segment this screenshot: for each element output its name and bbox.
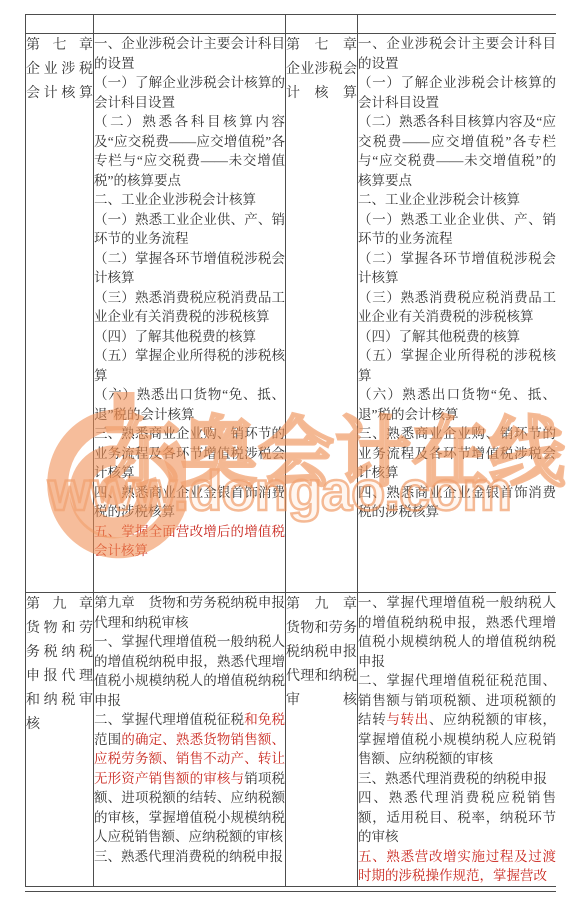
paragraph: （四）了解其他税费的核算 [358,327,556,347]
header-cell-blank [26,15,94,34]
paragraph: 货物和劳务税纳税申报代理和纳税审核 [26,617,93,737]
paragraph: 三、熟悉代理消费税的纳税申报 [94,847,285,867]
paragraph: （五）掌握企业所得税的涉税核算 [94,346,285,385]
paragraph: 三、熟悉商业企业购、销环节的业务流程及各环节增值税涉税会计核算 [94,424,285,483]
paragraph: 企业涉税会计核算 [26,58,93,106]
content-cell-right: 一、企业涉税会计主要会计科目的设置（一）了解企业涉税会计核算的会计科目设置（二）… [358,34,557,593]
paragraph: （六）熟悉出口货物“免、抵、退”税的会计核算 [94,385,285,424]
paragraph: （一）了解企业涉税会计核算的会计科目设置 [358,73,556,112]
paragraph: 三、熟悉商业企业购、销环节的业务流程及各环节增值税涉税会计核算 [358,424,556,483]
paragraph: （三）熟悉消费税应税消费品工业企业有关消费税的涉税核算 [358,288,556,327]
changed-text: 五、掌握全面营改增后的增值税会计核算 [94,524,285,559]
paragraph: 货物和劳务税纳税申报代理和纳税审核 [286,617,357,713]
paragraph: 第七章 [286,34,357,58]
paragraph: 二、掌握代理增值税征税和免税范围的确定、熟悉货物销售额、应税劳务额、销售不动产、… [94,710,285,847]
paragraph: 二、工业企业涉税会计核算 [94,190,285,210]
paragraph: 五、掌握全面营改增后的增值税会计核算 [94,522,285,561]
header-cell-blank [94,15,286,34]
header-cell-blank [358,15,557,34]
paragraph: 第七章 [26,34,93,58]
content-cell-right: 一、掌握代理增值税一般纳税人的增值税纳税申报，熟悉代理增值税小规模纳税人的增值税… [358,593,557,887]
chapter-cell-right: 第七章企业涉税会计核算 [286,34,358,593]
paragraph: 三、熟悉代理消费税的纳税申报 [358,769,556,789]
document-page: 第七章企业涉税会计核算 一、企业涉税会计主要会计科目的设置（一）了解企业涉税会计… [0,0,567,900]
paragraph: （六）熟悉出口货物“免、抵、退”税的会计核算 [358,385,556,424]
paragraph: 四、熟悉商业企业金银首饰消费税的涉税核算 [358,483,556,522]
chapter-cell-right: 第九章货物和劳务税纳税申报代理和纳税审核 [286,593,358,887]
paragraph: （三）熟悉消费税应税消费品工业企业有关消费税的涉税核算 [94,288,285,327]
changed-text: 和免税 [244,712,285,727]
header-row [26,15,557,34]
paragraph: 企业涉税会计核算 [286,58,357,106]
paragraph: 第九章 [286,593,357,617]
changed-text: 五、熟悉营改增实施过程及过渡时期的涉税操作规范，掌握营改 [358,849,556,884]
chapter-cell-left: 第九章货物和劳务税纳税申报代理和纳税审核 [26,593,94,887]
content-cell-left: 第九章 货物和劳务税纳税申报代理和纳税审核一、掌握代理增值税一般纳税人的增值税纳… [94,593,286,887]
syllabus-table: 第七章企业涉税会计核算 一、企业涉税会计主要会计科目的设置（一）了解企业涉税会计… [25,14,556,887]
syllabus-comparison-table: 第七章企业涉税会计核算 一、企业涉税会计主要会计科目的设置（一）了解企业涉税会计… [25,14,556,892]
paragraph: 一、掌握代理增值税一般纳税人的增值税纳税申报，熟悉代理增值税小规模纳税人的增值税… [358,593,556,671]
paragraph: （四）了解其他税费的核算 [94,327,285,347]
paragraph: （二）掌握各环节增值税涉税会计核算 [94,249,285,288]
table-row-chapter7: 第七章企业涉税会计核算 一、企业涉税会计主要会计科目的设置（一）了解企业涉税会计… [26,34,557,593]
paragraph: 一、掌握代理增值税一般纳税人的增值税纳税申报，熟悉代理增值税小规模纳税人的增值税… [94,632,285,710]
paragraph: 二、掌握代理增值税征税范围、销售额与销项税额、进项税额的结转与转出、应纳税额的审… [358,671,556,769]
paragraph: （五）掌握企业所得税的涉税核算 [358,346,556,385]
paragraph: 四、熟悉商业企业金银首饰消费税的涉税核算 [94,483,285,522]
paragraph: 第九章 货物和劳务税纳税申报代理和纳税审核 [94,593,285,632]
paragraph: 第九章 [26,593,93,617]
paragraph: （一）了解企业涉税会计核算的会计科目设置 [94,73,285,112]
changed-text: 与转出 [386,712,429,727]
content-cell-left: 一、企业涉税会计主要会计科目的设置（一）了解企业涉税会计核算的会计科目设置（二）… [94,34,286,593]
paragraph: 二、工业企业涉税会计核算 [358,190,556,210]
paragraph: （一）熟悉工业企业供、产、销环节的业务流程 [358,210,556,249]
paragraph: 五、熟悉营改增实施过程及过渡时期的涉税操作规范，掌握营改 [358,847,556,886]
paragraph: （二）熟悉各科目核算内容及“应交税费——应交增值税”各专栏与“应交税费——未交增… [358,112,556,190]
paragraph: 四、熟悉代理消费税应税销售额，适用税目、税率，纳税环节的审核 [358,788,556,847]
chapter-cell-left: 第七章企业涉税会计核算 [26,34,94,593]
paragraph: （二）掌握各环节增值税涉税会计核算 [358,249,556,288]
paragraph: 一、企业涉税会计主要会计科目的设置 [358,34,556,73]
paragraph: （二）熟悉各科目核算内容及“应交税费——应交增值税”各专栏与“应交税费——未交增… [94,112,285,190]
paragraph: （一）熟悉工业企业供、产、销环节的业务流程 [94,210,285,249]
table-row-chapter9: 第九章货物和劳务税纳税申报代理和纳税审核 第九章 货物和劳务税纳税申报代理和纳税… [26,593,557,887]
paragraph: 一、企业涉税会计主要会计科目的设置 [94,34,285,73]
header-cell-blank [286,15,358,34]
